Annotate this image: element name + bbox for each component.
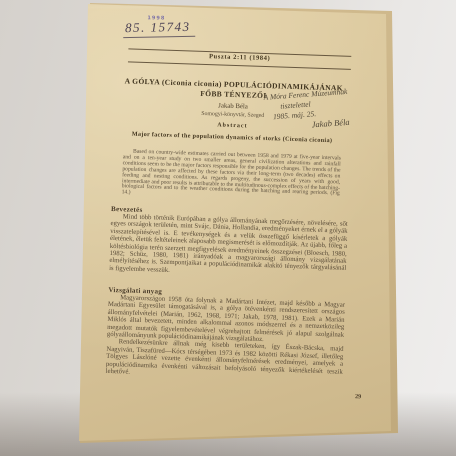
section-paragraph: Rendelkezésünkre állnak még kisebb terül… bbox=[106, 338, 344, 383]
section-paragraph: Mind több történik Európában a gólya áll… bbox=[109, 213, 348, 280]
section-paragraph-group: Magyarországon 1958 óta folynak a Madárt… bbox=[106, 294, 346, 383]
staple bbox=[78, 191, 82, 224]
photo-background: 1998 85. 15743 Puszta 2:11 (1984) A GÓLY… bbox=[0, 0, 456, 456]
abstract-english-title: Major factors of the population dynamics… bbox=[113, 130, 350, 145]
abstract-text: Based on country-wide estimates carried … bbox=[122, 149, 341, 203]
inventory-number-handwritten: 85. 15743 bbox=[123, 19, 195, 38]
page-content: 1998 85. 15743 Puszta 2:11 (1984) A GÓLY… bbox=[71, 0, 386, 455]
page-number: 29 bbox=[355, 393, 361, 400]
